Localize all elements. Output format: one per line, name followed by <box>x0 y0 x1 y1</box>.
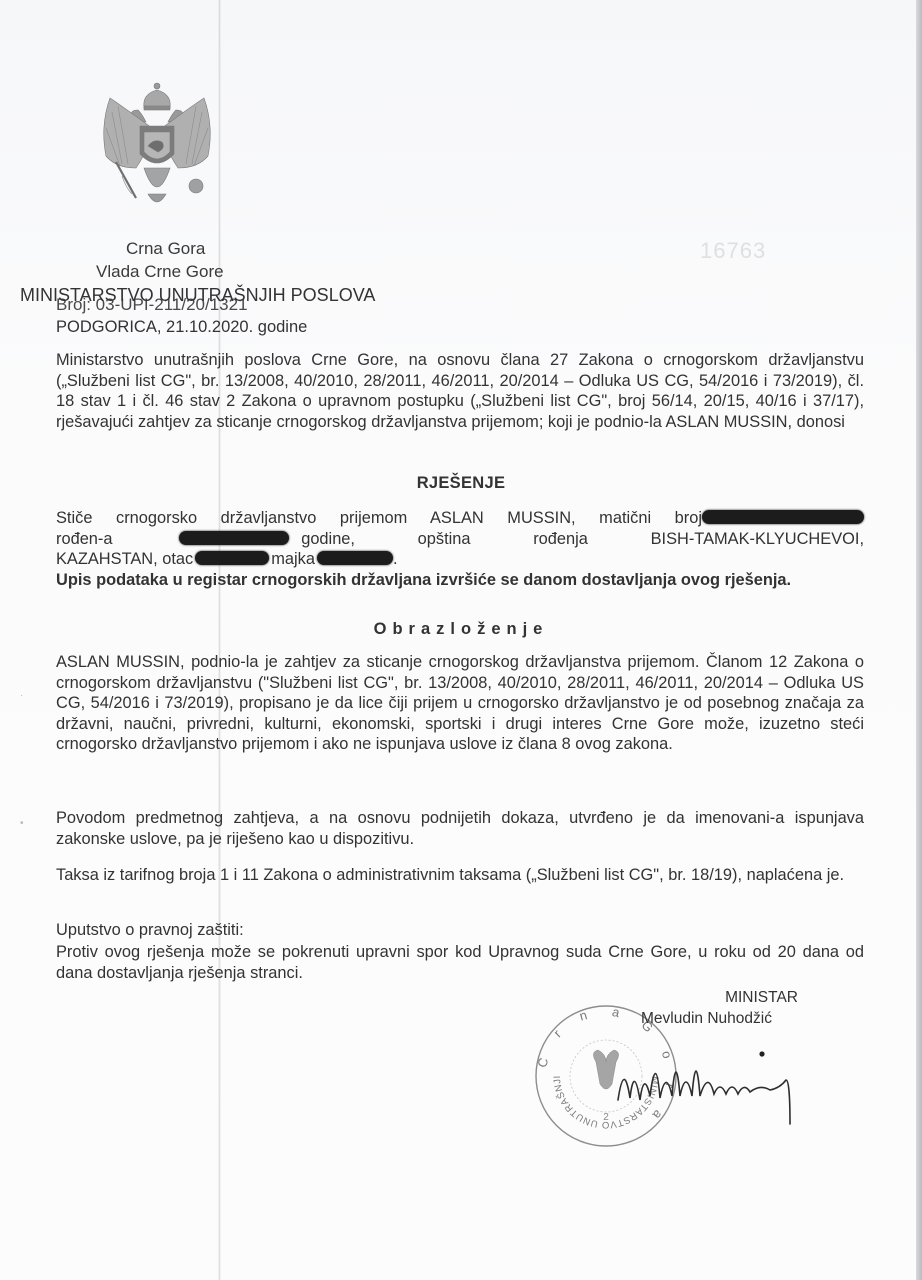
decision-dispositive: Stiče crnogorsko državljanstvo prijemom … <box>56 508 864 590</box>
scanned-document-page: 16763 · • <box>0 0 922 1280</box>
decision-line-3-period: . <box>393 550 398 568</box>
decision-line-1: Stiče crnogorsko državljanstvo prijemom … <box>56 508 864 529</box>
header-government: Vlada Crne Gore <box>96 262 224 282</box>
decision-line-1-text: Stiče crnogorsko državljanstvo prijemom … <box>56 509 702 527</box>
decision-line-3: KAZAHSTAN, otacmajka. <box>56 549 864 570</box>
scan-edge-shadow <box>916 0 922 1280</box>
decision-line-2-label: rođen-a <box>56 530 113 548</box>
decision-line-2-text: godine, opština rođenja BISH-TAMAK-KLYUC… <box>301 530 864 548</box>
decision-title: RJEŠENJE <box>0 474 922 493</box>
reasoning-paragraph-1: ASLAN MUSSIN, podnio-la je zahtjev za st… <box>56 652 864 755</box>
legal-remedy-text: Protiv ovog rješenja može se pokrenuti u… <box>56 942 864 983</box>
decision-line-3-mother-label: majka <box>271 550 315 568</box>
redaction-father-name <box>195 551 269 565</box>
header-country: Crna Gora <box>126 239 205 259</box>
header-ministry: MINISTARSTVO UNUTRAŠNJIH POSLOVA <box>20 285 375 306</box>
svg-text:2: 2 <box>603 1112 609 1123</box>
bleed-through-text: 16763 <box>700 238 766 264</box>
signatory-name: Mevludin Nuhodžić <box>641 1010 772 1028</box>
scan-speck: • <box>20 818 24 829</box>
redaction-personal-id <box>702 510 864 524</box>
reasoning-paragraph-2: Povodom predmetnog zahtjeva, a na osnovu… <box>56 808 864 849</box>
registry-note: Upis podataka u registar crnogorskih drž… <box>56 570 864 591</box>
reasoning-paragraph-3: Taksa iz tarifnog broja 1 i 11 Zakona o … <box>56 865 864 886</box>
reasoning-title: Obrazloženje <box>0 620 922 639</box>
redaction-mother-name <box>317 551 393 565</box>
decision-line-2: rođen-a godine, opština rođenja BISH-TAM… <box>56 529 864 550</box>
place-and-date: PODGORICA, 21.10.2020. godine <box>56 318 307 337</box>
preamble-paragraph: Ministarstvo unutrašnjih poslova Crne Go… <box>56 350 864 432</box>
handwritten-signature-icon <box>610 1040 820 1135</box>
signatory-title: MINISTAR <box>725 989 798 1007</box>
scan-speck: · <box>20 690 23 701</box>
legal-remedy-title: Uputstvo o pravnoj zaštiti: <box>56 921 244 940</box>
redaction-birth-date <box>179 531 289 545</box>
decision-line-3-country-father: KAZAHSTAN, otac <box>56 550 193 568</box>
coat-of-arms-icon <box>92 76 222 216</box>
